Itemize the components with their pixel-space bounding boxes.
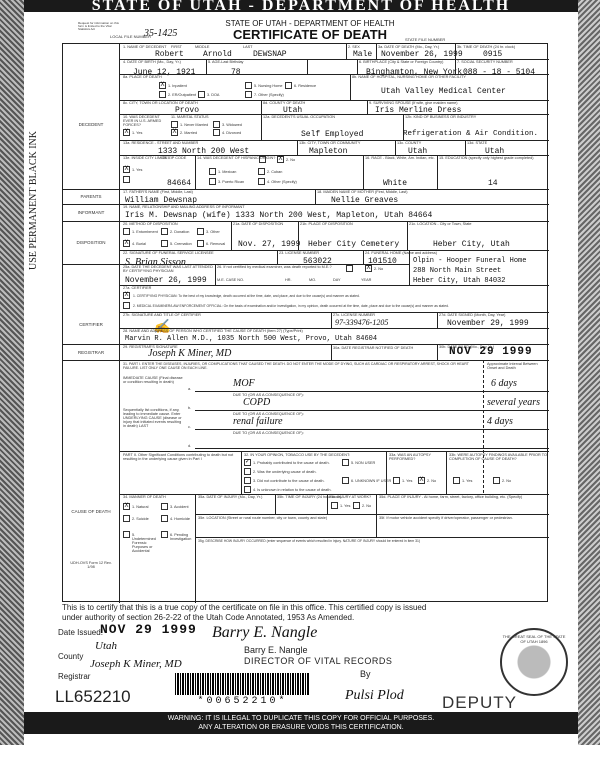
place-inpatient-checkbox[interactable]: X — [159, 82, 166, 89]
industry: Refrigeration & Air Condition. — [403, 130, 538, 138]
marital-widowed-checkbox[interactable] — [213, 121, 220, 128]
hispanic-no-checkbox[interactable]: X — [277, 156, 284, 163]
barcode — [175, 673, 310, 695]
disposition-entombment-checkbox[interactable] — [123, 228, 130, 235]
funeral-home-street: 288 North Main Street — [413, 267, 501, 275]
funeral-home-name: Olpin - Hooper Funeral Home — [413, 257, 526, 265]
disposition-burial-checkbox[interactable]: X — [123, 240, 130, 247]
occupation: Self Employed — [301, 130, 363, 139]
cause-line-b: COPD — [243, 397, 270, 408]
marital-divorced-checkbox[interactable] — [213, 129, 220, 136]
armed-forces-yes-checkbox[interactable]: X — [123, 129, 130, 136]
section-decedent: DECEDENT — [63, 122, 119, 127]
date-issued-label: Date Issued: — [58, 628, 103, 637]
date-filed-stamp: NOV 29 1999 — [449, 346, 533, 358]
injury-work-yes-checkbox[interactable] — [331, 502, 338, 509]
county-label: County — [58, 652, 83, 661]
place-other-checkbox[interactable] — [245, 91, 252, 98]
disposition-donation-checkbox[interactable] — [161, 228, 168, 235]
director-name: Barry E. Nangle — [244, 645, 308, 655]
interval-line-c: 4 days — [487, 416, 513, 427]
social-security-number: 088 - 18 - 5104 — [463, 68, 535, 77]
decedent-middle-name: Arnold — [203, 50, 232, 59]
disposition-other-checkbox[interactable] — [197, 228, 204, 235]
hispanic-cuban-checkbox[interactable] — [258, 168, 265, 175]
deputy-signature: Pulsi Plod — [345, 688, 404, 704]
certifier-name-address: Marvin R. Allen M.D., 1035 North 500 Wes… — [125, 335, 377, 343]
section-disposition: DISPOSITION — [63, 240, 119, 245]
informant-details: Iris M. Dewsnap (wife) 1333 North 200 We… — [125, 211, 432, 220]
place-residence-checkbox[interactable] — [285, 82, 292, 89]
facility-name: Utah Valley Medical Center — [381, 87, 506, 96]
certification-statement: This is to certify that this is a true c… — [62, 603, 542, 623]
registrar-signature: Joseph K Miner, MD — [148, 348, 231, 359]
findings-yes-checkbox[interactable] — [453, 477, 460, 484]
decedent-last-name: DEWSNAP — [253, 50, 287, 59]
disposition-date: Nov. 27, 1999 — [238, 240, 300, 249]
tobacco-contributed-checkbox[interactable]: ✓ — [244, 459, 251, 466]
barcode-number: *00652210* — [175, 696, 310, 707]
race: White — [383, 179, 407, 188]
tobacco-unknown-checkbox[interactable] — [244, 486, 251, 493]
marital-married-checkbox[interactable]: X — [171, 129, 178, 136]
manner-pending-checkbox[interactable] — [161, 531, 168, 538]
disposition-place: Heber City Cemetery — [308, 240, 399, 249]
hispanic-mexican-checkbox[interactable] — [209, 168, 216, 175]
medical-examiner-checkbox[interactable] — [123, 302, 130, 309]
tobacco-did-not-contribute-checkbox[interactable] — [244, 477, 251, 484]
interval-line-a: 6 days — [491, 378, 517, 389]
inside-city-yes-checkbox[interactable]: X — [123, 166, 130, 173]
decedent-first-name: Robert — [155, 50, 184, 59]
by-label: By — [360, 669, 371, 679]
director-signature: Barry E. Nangle — [212, 624, 317, 642]
tobacco-underlying-checkbox[interactable] — [244, 468, 251, 475]
certifier-license-number: 97-339476-1205 — [335, 318, 388, 327]
section-cause-of-death: CAUSE OF DEATH — [63, 509, 119, 514]
certificate-form: DECEDENT 1. NAME OF DECEDENT FIRST MIDDL… — [62, 43, 548, 602]
manner-suicide-checkbox[interactable] — [123, 515, 130, 522]
disposition-location: Heber City, Utah — [433, 240, 510, 249]
certificate-title: CERTIFICATE OF DEATH — [180, 27, 440, 42]
deputy-label: DEPUTY — [442, 693, 517, 713]
decorative-border-right — [578, 0, 600, 745]
state-file-number-label: STATE FILE NUMBER — [405, 37, 445, 42]
me-reported-no-checkbox[interactable]: X — [365, 265, 372, 272]
last-attended-date: November 26, 1999 — [125, 276, 207, 285]
disposition-cremation-checkbox[interactable] — [161, 240, 168, 247]
registrar-label: Registrar — [58, 672, 90, 681]
warning-banner: WARNING: IT IS ILLEGAL TO DUPLICATE THIS… — [24, 712, 578, 734]
local-file-number: 35-1425 — [144, 28, 177, 39]
funeral-home-city: Heber City, Utah 84032 — [413, 277, 505, 285]
certifying-physician-checkbox[interactable]: X — [123, 292, 130, 299]
manner-undetermined-checkbox[interactable] — [123, 531, 130, 538]
section-certifier: CERTIFIER — [63, 322, 119, 327]
zip-code: 84664 — [167, 179, 191, 188]
decedent-sex: Male — [353, 50, 372, 59]
interval-line-b: several years — [487, 397, 540, 408]
ink-instruction: USE PERMANENT BLACK INK — [28, 131, 39, 270]
serial-number: LL652210 — [55, 687, 131, 707]
decedent-age: 78 — [231, 68, 241, 77]
me-reported-yes-checkbox[interactable] — [346, 265, 353, 272]
tobacco-unknown-user-checkbox[interactable] — [342, 477, 349, 484]
hispanic-yes-checkbox[interactable] — [259, 156, 266, 163]
place-doa-checkbox[interactable] — [198, 91, 205, 98]
section-registrar: REGISTRAR — [63, 350, 119, 355]
manner-natural-checkbox[interactable]: X — [123, 503, 130, 510]
disposition-removal-checkbox[interactable] — [197, 240, 204, 247]
marital-never-checkbox[interactable] — [171, 121, 178, 128]
findings-no-checkbox[interactable] — [493, 477, 500, 484]
date-of-death: November 26, 1999 — [381, 50, 463, 59]
inside-city-no-checkbox[interactable] — [123, 176, 130, 183]
header-banner: STATE OF UTAH - DEPARTMENT OF HEALTH — [24, 0, 578, 12]
autopsy-no-checkbox[interactable]: X — [418, 477, 425, 484]
hispanic-puerto-rican-checkbox[interactable] — [209, 178, 216, 185]
place-er-checkbox[interactable] — [159, 91, 166, 98]
injury-work-no-checkbox[interactable] — [353, 502, 360, 509]
county-value: Utah — [95, 640, 117, 652]
section-parents: PARENTS — [63, 194, 119, 199]
date-issued-stamp: NOV 29 1999 — [100, 622, 197, 637]
registrar-signature-footer: Joseph K Miner, MD — [90, 658, 182, 670]
cause-line-a: MOF — [233, 378, 255, 389]
education: 14 — [488, 179, 498, 188]
tobacco-non-user-checkbox[interactable] — [342, 459, 349, 466]
place-nursing-home-checkbox[interactable] — [245, 82, 252, 89]
manner-accident-checkbox[interactable] — [161, 503, 168, 510]
section-informant: INFORMANT — [63, 210, 119, 215]
date-signed: November 29, 1999 — [447, 319, 529, 328]
decorative-border-left — [0, 0, 24, 745]
time-of-death: 0915 — [483, 50, 502, 59]
header-note: Request for information on this form is … — [78, 22, 123, 31]
cause-line-c: renal failure — [233, 416, 283, 427]
director-title: DIRECTOR OF VITAL RECORDS — [244, 656, 392, 666]
form-id: UDH-OVS Form 12 Rev. 1/98 — [69, 561, 113, 569]
manner-homicide-checkbox[interactable] — [161, 515, 168, 522]
hispanic-other-checkbox[interactable] — [258, 178, 265, 185]
state-seal: THE GREAT SEAL OF THE STATE OF UTAH 1896 — [500, 628, 568, 696]
autopsy-yes-checkbox[interactable] — [393, 477, 400, 484]
